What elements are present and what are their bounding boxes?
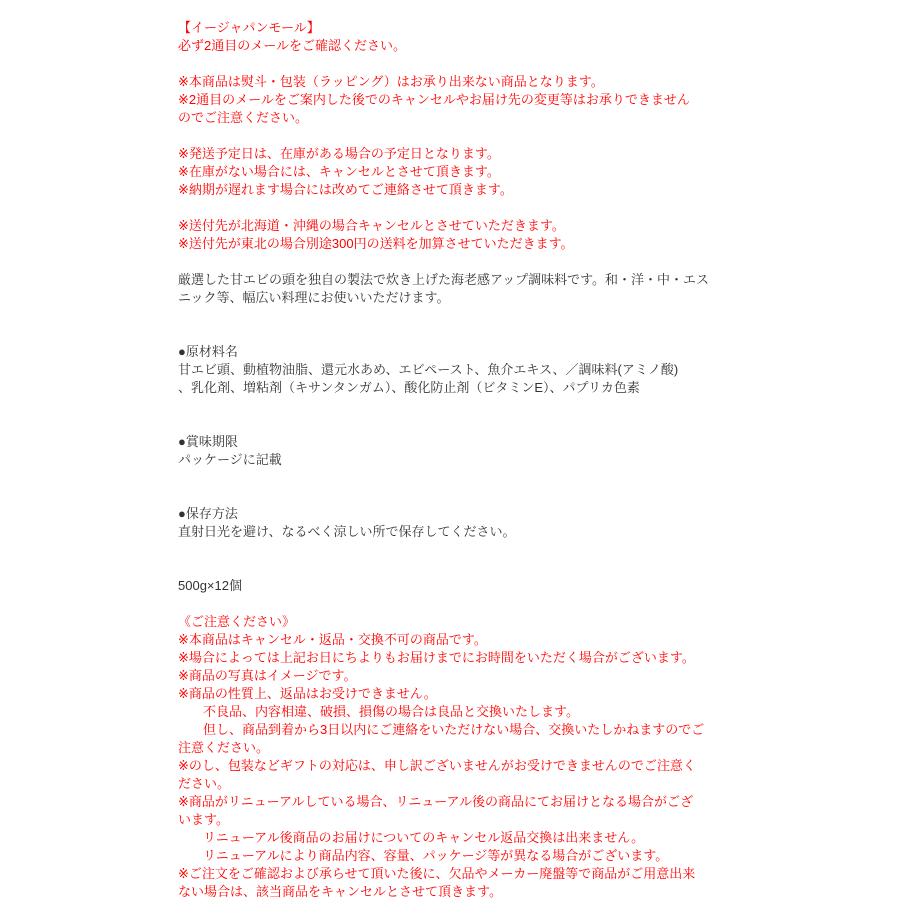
text-line: リニューアルにより商品内容、容量、パッケージ等が異なる場合がございます。	[178, 847, 708, 865]
text-line: ●賞味期限	[178, 433, 708, 451]
text-line: ニック等、幅広い料理にお使いいただけます。	[178, 289, 708, 307]
text-line: 、乳化剤、増粘剤（キサンタンガム）、酸化防止剤（ビタミンE）、パプリカ色素	[178, 379, 708, 397]
text-line: ※送付先が東北の場合別途300円の送料を加算させていただきます。	[178, 235, 708, 253]
section-stock-notice: ※発送予定日は、在庫がある場合の予定日となります。※在庫がない場合には、キャンセ…	[178, 145, 708, 199]
text-line: のでご注意ください。	[178, 109, 708, 127]
text-line: 但し、商品到着から3日以内にご連絡をいただけない場合、交換いたしかねますのでご	[178, 721, 708, 739]
section-quantity: 500g×12個	[178, 577, 708, 595]
text-line: ※場合によっては上記お日にちよりもお届けまでにお時間をいただく場合がございます。	[178, 649, 708, 667]
text-line: 厳選した甘エビの頭を独自の製法で炊き上げた海老感アップ調味料です。和・洋・中・エ…	[178, 271, 708, 289]
description-body: 【イージャパンモール】必ず2通目のメールをご確認ください。※本商品は熨斗・包装（…	[178, 19, 708, 900]
text-line: ※本商品はキャンセル・返品・交換不可の商品です。	[178, 631, 708, 649]
text-line: パッケージに記載	[178, 451, 708, 469]
text-line: 直射日光を避け、なるべく涼しい所で保存してください。	[178, 523, 708, 541]
text-line: ※商品の写真はイメージです。	[178, 667, 708, 685]
text-line: リニューアル後商品のお届けについてのキャンセル返品交換は出来ません。	[178, 829, 708, 847]
text-line: ※在庫がない場合には、キャンセルとさせて頂きます。	[178, 163, 708, 181]
text-line: ※商品がリニューアルしている場合、リニューアル後の商品にてお届けとなる場合がござ	[178, 793, 708, 811]
text-line: ない場合は、該当商品をキャンセルとさせて頂きます。	[178, 883, 708, 900]
text-line: ※発送予定日は、在庫がある場合の予定日となります。	[178, 145, 708, 163]
section-wrapping-notice: ※本商品は熨斗・包装（ラッピング）はお承り出来ない商品となります。※2通目のメー…	[178, 73, 708, 127]
section-ingredients: ●原材料名甘エビ頭、動植物油脂、還元水あめ、エビペースト、魚介エキス、／調味料(…	[178, 343, 708, 397]
text-line: ※ご注文をご確認および承らせて頂いた後に、欠品やメーカー廃盤等で商品がご用意出来	[178, 865, 708, 883]
text-line: 《ご注意ください》	[178, 613, 708, 631]
text-line: 【イージャパンモール】	[178, 19, 708, 37]
text-line: ※本商品は熨斗・包装（ラッピング）はお承り出来ない商品となります。	[178, 73, 708, 91]
text-line: ださい。	[178, 775, 708, 793]
section-expiry: ●賞味期限パッケージに記載	[178, 433, 708, 469]
section-store-header: 【イージャパンモール】必ず2通目のメールをご確認ください。	[178, 19, 708, 55]
text-line: 必ず2通目のメールをご確認ください。	[178, 37, 708, 55]
product-description-page: 【イージャパンモール】必ず2通目のメールをご確認ください。※本商品は熨斗・包装（…	[0, 0, 900, 900]
text-line: ※のし、包装などギフトの対応は、申し訳ございませんがお受けできませんのでご注意く	[178, 757, 708, 775]
text-line: ※送付先が北海道・沖縄の場合キャンセルとさせていただきます。	[178, 217, 708, 235]
text-line: ※納期が遅れます場合には改めてご連絡させて頂きます。	[178, 181, 708, 199]
text-line: ●原材料名	[178, 343, 708, 361]
text-line: 不良品、内容相違、破損、損傷の場合は良品と交換いたします。	[178, 703, 708, 721]
text-line: ※商品の性質上、返品はお受けできません。	[178, 685, 708, 703]
section-storage: ●保存方法直射日光を避け、なるべく涼しい所で保存してください。	[178, 505, 708, 541]
text-line: 甘エビ頭、動植物油脂、還元水あめ、エビペースト、魚介エキス、／調味料(アミノ酸)	[178, 361, 708, 379]
section-caution: 《ご注意ください》※本商品はキャンセル・返品・交換不可の商品です。※場合によって…	[178, 613, 708, 900]
section-region-notice: ※送付先が北海道・沖縄の場合キャンセルとさせていただきます。※送付先が東北の場合…	[178, 217, 708, 253]
section-product-description: 厳選した甘エビの頭を独自の製法で炊き上げた海老感アップ調味料です。和・洋・中・エ…	[178, 271, 708, 307]
text-line: 注意ください。	[178, 739, 708, 757]
text-line: います。	[178, 811, 708, 829]
text-line: ※2通目のメールをご案内した後でのキャンセルやお届け先の変更等はお承りできません	[178, 91, 708, 109]
text-line: ●保存方法	[178, 505, 708, 523]
text-line: 500g×12個	[178, 577, 708, 595]
